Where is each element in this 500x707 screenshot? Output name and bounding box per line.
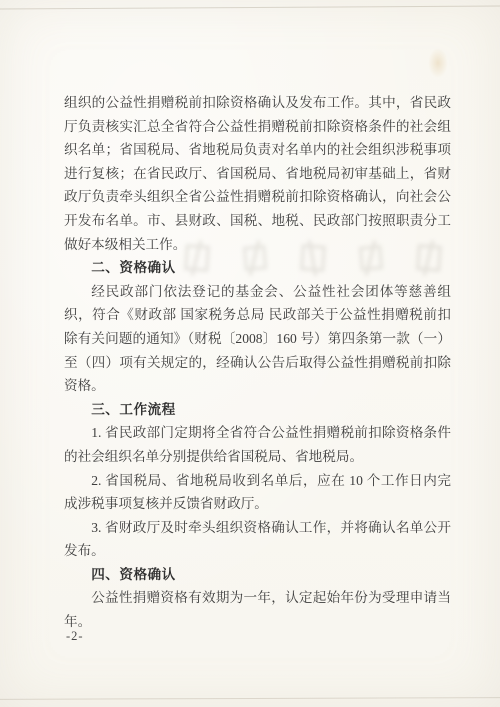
document-paragraph: 经民政部门依法登记的基金会、公益性社会团体等慈善组织，符合《财政部 国家税务总局… [64,280,451,398]
scan-edge-artifact-top [0,5,500,9]
document-paragraph: 1. 省民政部门定期将全省符合公益性捐赠税前扣除资格条件的社会组织名单分别提供给… [64,421,451,468]
section-heading: 二、资格确认 [64,256,451,280]
document-paragraph: 2. 省国税局、省地税局收到名单后，应在 10 个工作日内完成涉税事项复核并反馈… [64,469,451,516]
document-body: 组织的公益性捐赠税前扣除资格确认及发布工作。其中，省民政厅负责核实汇总全省符合公… [64,91,451,634]
document-paragraph: 组织的公益性捐赠税前扣除资格确认及发布工作。其中，省民政厅负责核实汇总全省符合公… [64,91,451,256]
section-heading: 四、资格确认 [64,563,451,587]
scanned-document-page: 组织的公益性捐赠税前扣除资格确认及发布工作。其中，省民政厅负责核实汇总全省符合公… [0,0,500,707]
page-number: -2- [66,629,84,644]
section-heading: 三、工作流程 [64,398,451,422]
scan-edge-artifact-bottom [0,697,500,700]
paper-stain [428,48,448,78]
document-paragraph: 3. 省财政厅及时牵头组织资格确认工作，并将确认名单公开发布。 [64,516,451,563]
document-paragraph: 公益性捐赠资格有效期为一年，认定起始年份为受理申请当年。 [64,586,451,633]
